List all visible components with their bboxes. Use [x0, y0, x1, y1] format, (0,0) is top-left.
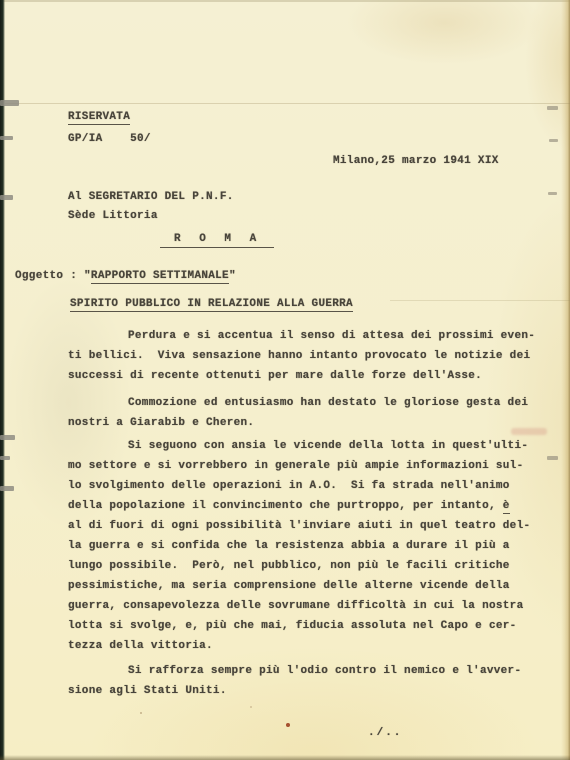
text-line: Si rafforza sempre più l'odio contro il … [68, 661, 543, 681]
text-line: lotta si svolge, e, più che mai, fiducia… [68, 616, 543, 636]
section-heading-text: SPIRITO PUBBLICO IN RELAZIONE ALLA GUERR… [70, 298, 353, 312]
ink-dot [286, 723, 290, 727]
binder-mark [0, 456, 10, 460]
scan-edge-bottom [0, 755, 570, 760]
binder-mark [549, 139, 558, 142]
subject-title: RAPPORTO SETTIMANALE [91, 270, 229, 284]
scan-edge-right [561, 0, 570, 760]
binder-mark [547, 106, 558, 110]
text-line: al di fuori di ogni possibilità l'inviar… [68, 516, 543, 536]
classification-label: RISERVATA [68, 110, 130, 124]
subject-open-quote: " [84, 270, 91, 282]
section-heading: SPIRITO PUBBLICO IN RELAZIONE ALLA GUERR… [70, 297, 353, 311]
stamp-smudge [511, 428, 547, 435]
text-line: Commozione ed entusiasmo han destato le … [68, 393, 543, 413]
subject-label: Oggetto : [15, 270, 84, 282]
underlined-word: è [503, 500, 510, 514]
text-line: Si seguono con ansia le vicende della lo… [68, 436, 543, 456]
scan-edge-top [0, 0, 570, 2]
binder-mark [0, 486, 14, 491]
binder-mark [0, 195, 13, 200]
recipient-city: R O M A [160, 232, 274, 248]
document-scan: RISERVATA GP/IA 50/ Milano,25 marzo 1941… [0, 0, 570, 760]
subject-close-quote: " [229, 270, 236, 282]
subject-line: Oggetto : "RAPPORTO SETTIMANALE" [15, 269, 236, 283]
paragraph: Si rafforza sempre più l'odio contro il … [68, 661, 543, 701]
text-line: Perdura e si accentua il senso di attesa… [68, 326, 543, 346]
binder-mark [0, 435, 15, 440]
text-line: lo svolgimento delle operazioni in A.O. … [68, 476, 543, 496]
text-line: nostri a Giarabib e Cheren. [68, 413, 543, 433]
body-paragraphs: Perdura e si accentua il senso di attesa… [68, 326, 543, 701]
protocol-number: GP/IA 50/ [68, 132, 151, 146]
text-line: mo settore e si vorrebbero in generale p… [68, 456, 543, 476]
recipient-name: Al SEGRETARIO DEL P.N.F. [68, 190, 234, 204]
binder-mark [548, 192, 557, 195]
binder-mark [0, 100, 19, 106]
paper-speck [250, 706, 252, 708]
text-line: guerra, consapevolezza delle sovrumane d… [68, 596, 543, 616]
scan-edge-left [0, 0, 5, 760]
text-line: sione agli Stati Uniti. [68, 681, 543, 701]
paragraph: Perdura e si accentua il senso di attesa… [68, 326, 543, 386]
paragraph: Si seguono con ansia le vicende della lo… [68, 436, 543, 656]
paper-speck [140, 712, 142, 714]
dateline: Milano,25 marzo 1941 XIX [333, 154, 499, 168]
binder-mark [0, 136, 13, 140]
text-line: pessimistiche, ma seria comprensione del… [68, 576, 543, 596]
text-line: ti bellici. Viva sensazione hanno intant… [68, 346, 543, 366]
paper-crease [390, 300, 570, 301]
text-segment: della popolazione il convincimento che p… [68, 500, 503, 512]
recipient-address: Sède Littoria [68, 209, 158, 223]
classification-text: RISERVATA [68, 111, 130, 125]
binder-mark [547, 456, 558, 460]
continuation-mark: ./.. [368, 726, 402, 740]
paper-crease [5, 103, 570, 104]
paragraph: Commozione ed entusiasmo han destato le … [68, 393, 543, 433]
text-line: tezza della vittoria. [68, 636, 543, 656]
text-line: successi di recente ottenuti per mare da… [68, 366, 543, 386]
text-line: la guerra e si confida che la resistenza… [68, 536, 543, 556]
text-line: lungo possibile. Però, nel pubblico, non… [68, 556, 543, 576]
text-line: della popolazione il convincimento che p… [68, 496, 543, 516]
